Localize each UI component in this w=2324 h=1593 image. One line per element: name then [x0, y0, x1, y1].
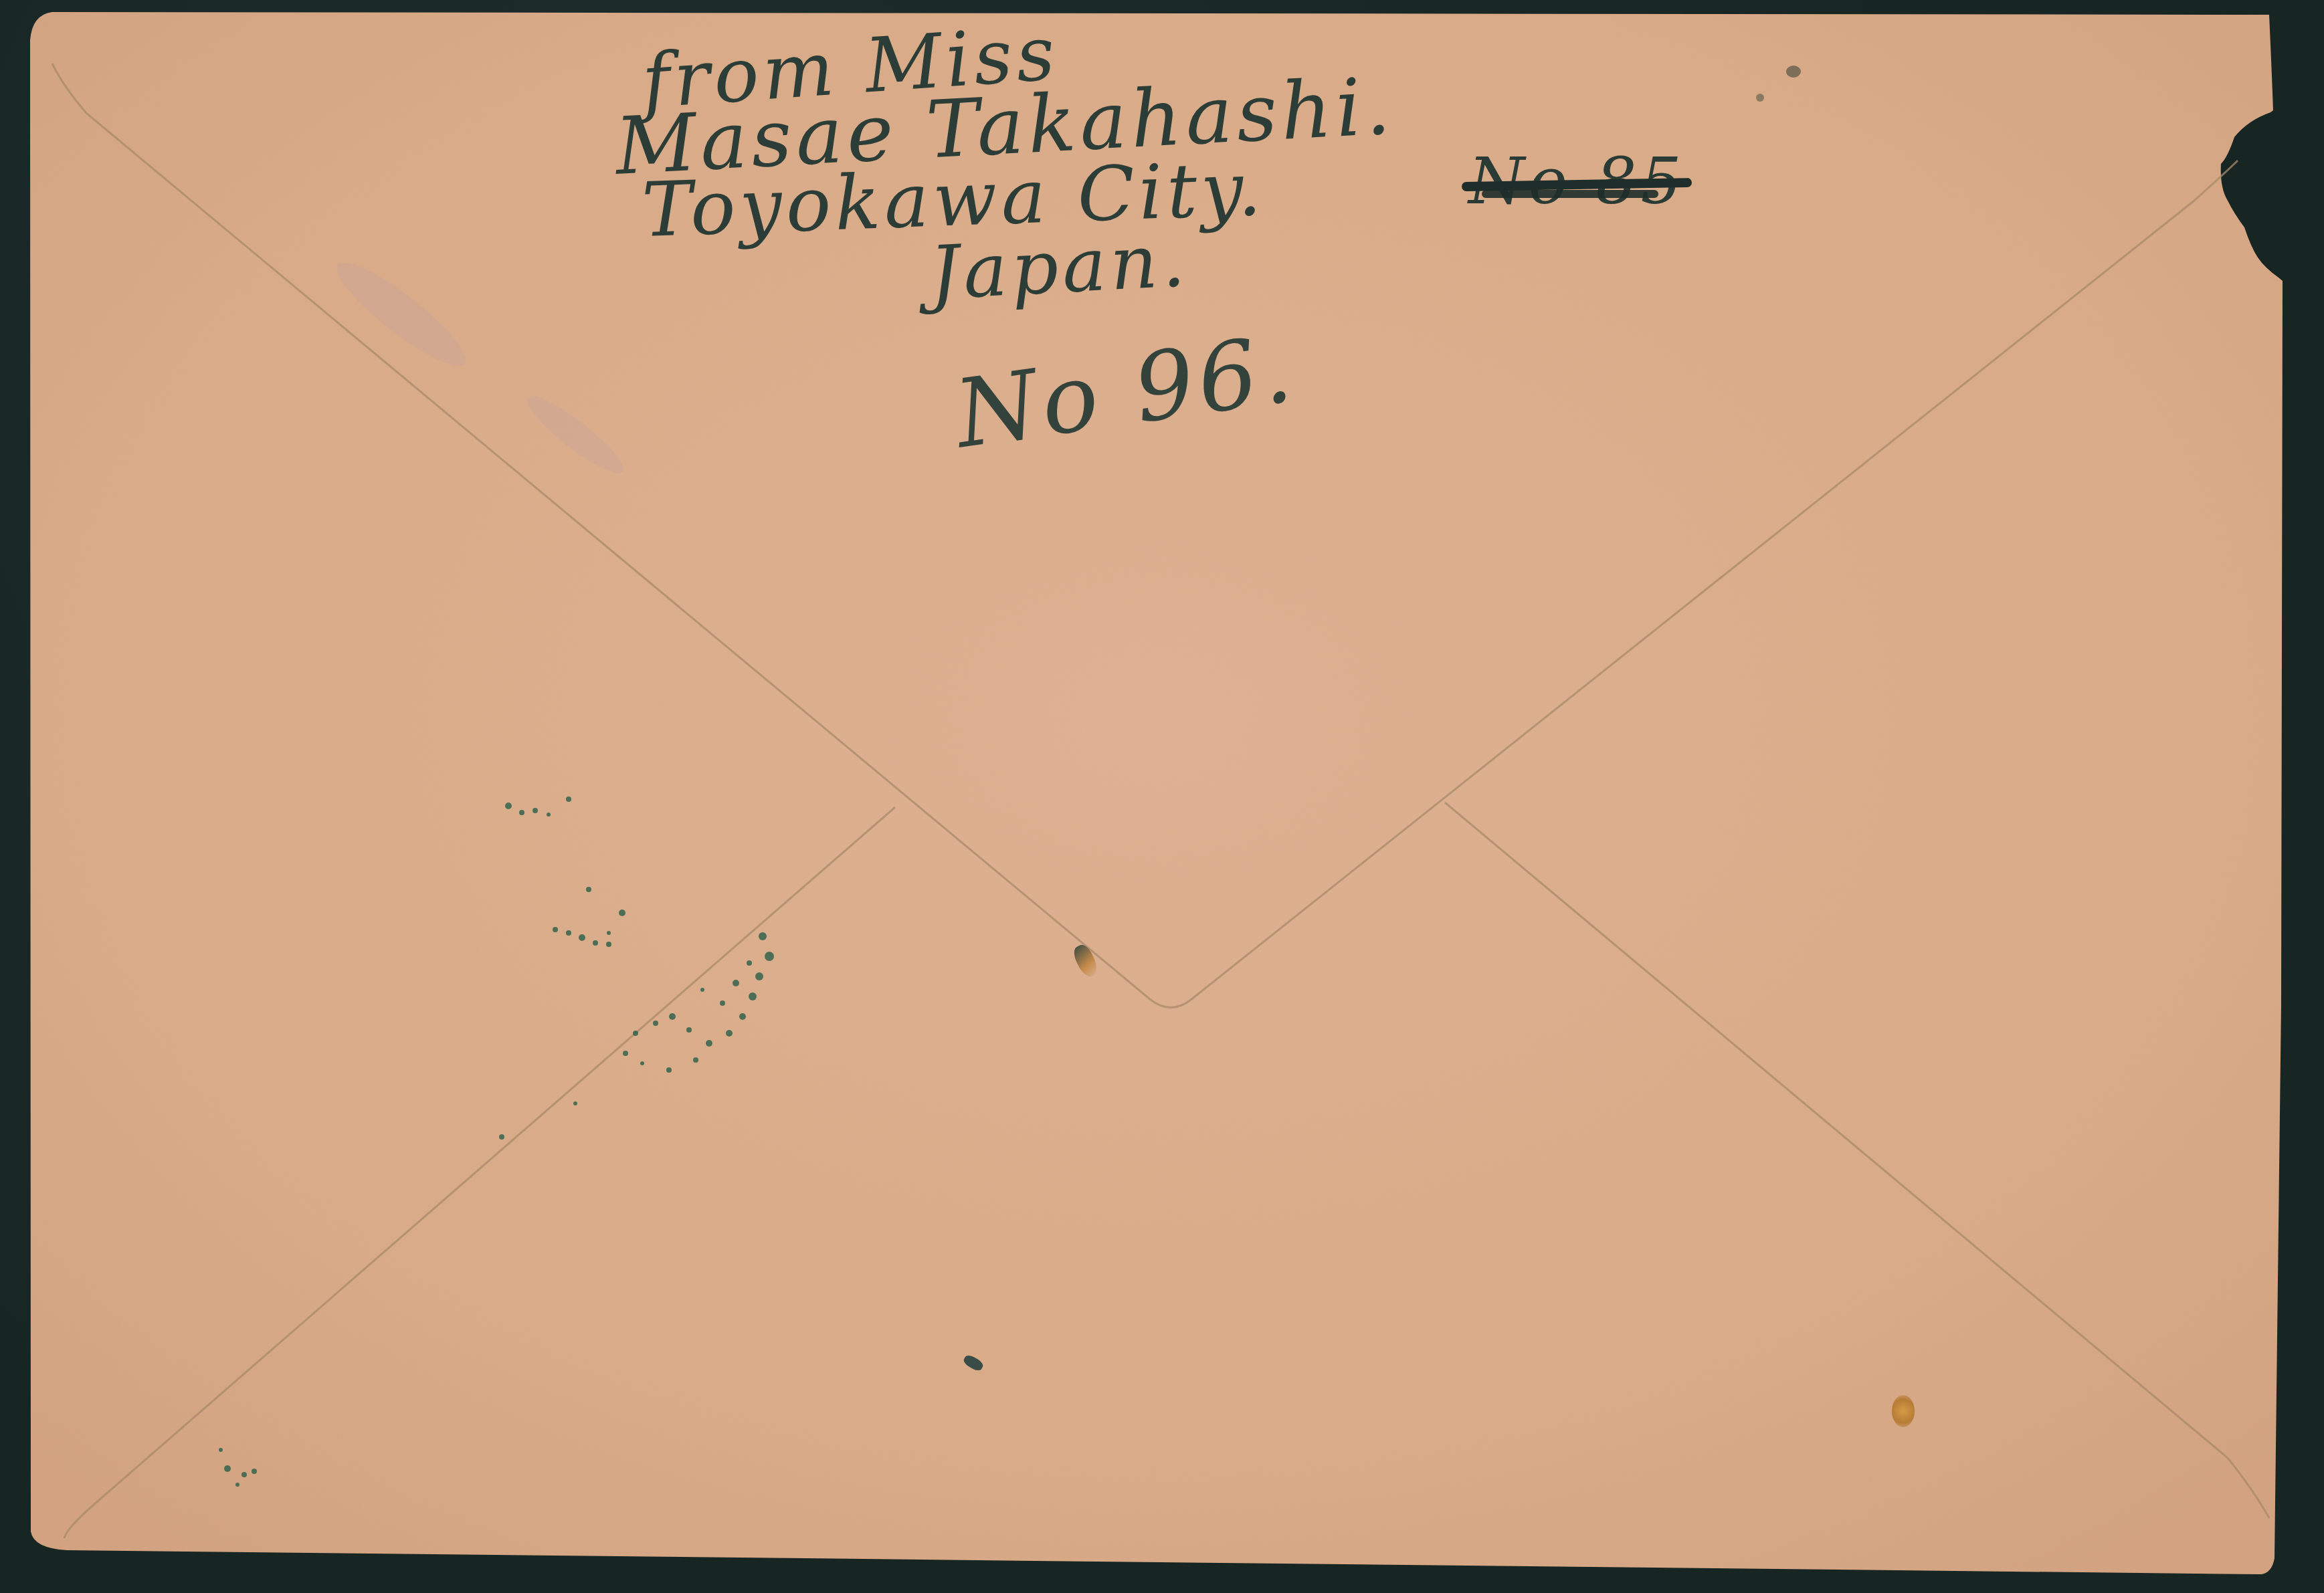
envelope: from Miss Masae Takahashi. Toyokawa City…: [0, 0, 2324, 1593]
struck-through-number: No 85: [1468, 144, 1685, 219]
spot-mark-small: [1756, 94, 1764, 102]
spot-mark: [1786, 66, 1801, 78]
strike-line-lower: [1482, 190, 1658, 198]
brown-stain: [1892, 1395, 1915, 1427]
return-address-country: Japan.: [928, 217, 1191, 316]
